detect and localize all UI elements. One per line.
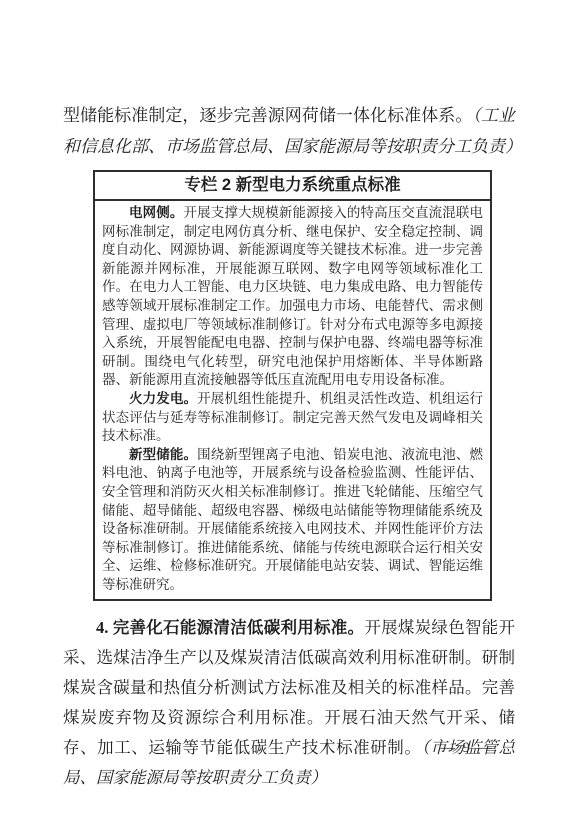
box-paragraph-text: 开展支撑大规模新能源接入的特高压交直流混联电网标准制定，制定电网仿真分析、继电保… [102,205,483,387]
box-paragraph-lead: 火力发电。 [129,391,197,406]
box-paragraph-thermal-power: 火力发电。开展机组性能提升、机组灵活性改造、机组运行状态评估与延寿等标准制修订。… [102,390,483,446]
document-page: 型储能标准制定，逐步完善源网荷储一体化标准体系。（工业和信息化部、市场监管总局、… [0,0,578,818]
box-paragraph-new-energy-storage: 新型储能。围绕新型锂离子电池、铅炭电池、液流电池、燃料电池、钠离子电池等，开展系… [102,446,483,595]
page-number: — 9 — [441,740,495,757]
box-paragraph-lead: 新型储能。 [129,447,197,462]
item4-body: 开展煤炭绿色智能开采、选煤洁净生产以及煤炭清洁低碳高效利用标准研制。研制煤炭含碳… [63,618,515,757]
box-paragraph-text: 围绕新型锂离子电池、铅炭电池、液流电池、燃料电池、钠离子电池等，开展系统与设备检… [102,447,483,592]
box-paragraph-lead: 电网侧。 [129,205,183,220]
callout-box-body: 电网侧。开展支撑大规模新能源接入的特高压交直流混联电网标准制定，制定电网仿真分析… [95,201,490,599]
page-content: 型储能标准制定，逐步完善源网荷储一体化标准体系。（工业和信息化部、市场监管总局、… [63,100,515,793]
intro-text: 型储能标准制定，逐步完善源网荷储一体化标准体系。 [63,106,472,125]
intro-paragraph: 型储能标准制定，逐步完善源网荷储一体化标准体系。（工业和信息化部、市场监管总局、… [63,100,515,162]
callout-box: 专栏 2 新型电力系统重点标准 电网侧。开展支撑大规模新能源接入的特高压交直流混… [93,170,492,601]
callout-box-title: 专栏 2 新型电力系统重点标准 [95,172,490,201]
item4-paragraph: 4. 完善化石能源清洁低碳利用标准。开展煤炭绿色智能开采、选煤洁净生产以及煤炭清… [63,613,515,793]
item4-heading: 4. 完善化石能源清洁低碳利用标准。 [96,618,364,637]
box-paragraph-grid-side: 电网侧。开展支撑大规模新能源接入的特高压交直流混联电网标准制定，制定电网仿真分析… [102,204,483,390]
